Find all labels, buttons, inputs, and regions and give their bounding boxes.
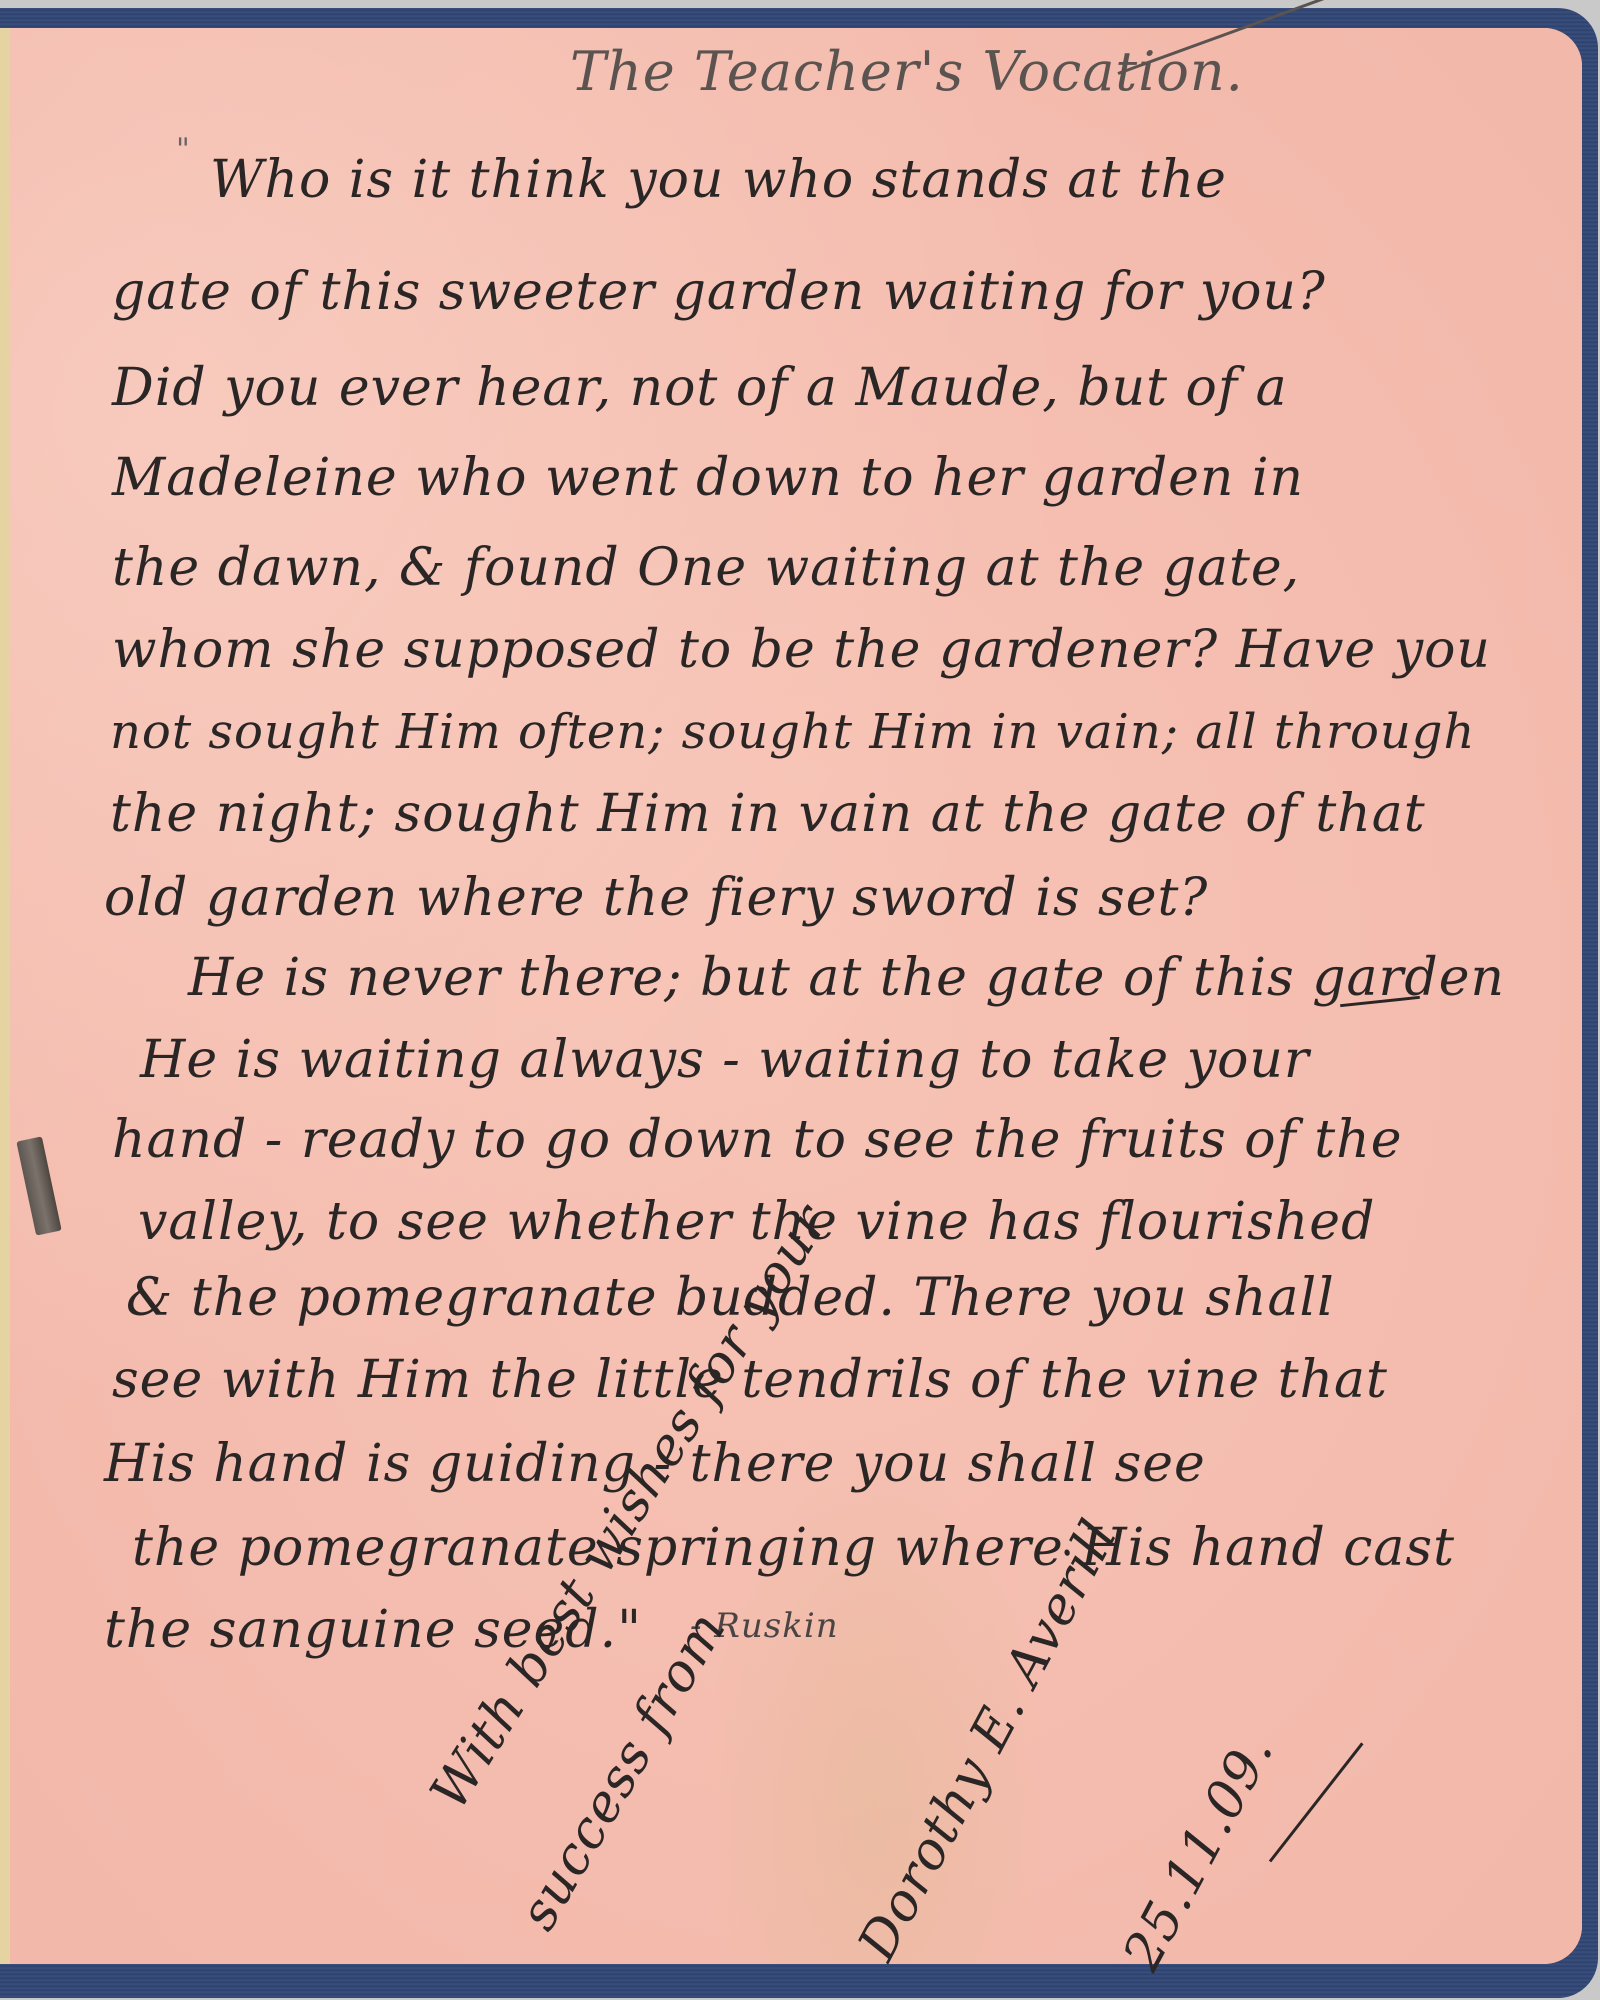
body-line: not sought Him often; sought Him in vain… — [110, 704, 1475, 760]
body-line: Who is it think you who stands at the — [210, 150, 1227, 210]
body-line: hand - ready to go down to see the fruit… — [112, 1110, 1402, 1170]
body-line: Madeleine who went down to her garden in — [112, 448, 1304, 508]
body-line: He is waiting always - waiting to take y… — [140, 1030, 1310, 1090]
body-line: old garden where the fiery sword is set? — [104, 868, 1208, 928]
body-line: He is never there; but at the gate of th… — [188, 948, 1505, 1008]
page-binding-edge — [0, 28, 10, 1964]
body-line: the pomegranate springing where His hand… — [132, 1518, 1455, 1578]
body-line: Did you ever hear, not of a Maude, but o… — [112, 358, 1288, 418]
body-line: the dawn, & found One waiting at the gat… — [112, 538, 1300, 598]
opening-quote-mark: " — [176, 132, 191, 167]
body-line: the night; sought Him in vain at the gat… — [110, 784, 1426, 844]
body-line: whom she supposed to be the gardener? Ha… — [112, 620, 1491, 680]
page-title: The Teacher's Vocation. — [570, 40, 1244, 103]
body-line: gate of this sweeter garden waiting for … — [112, 262, 1326, 322]
body-line: valley, to see whether the vine has flou… — [138, 1192, 1375, 1252]
